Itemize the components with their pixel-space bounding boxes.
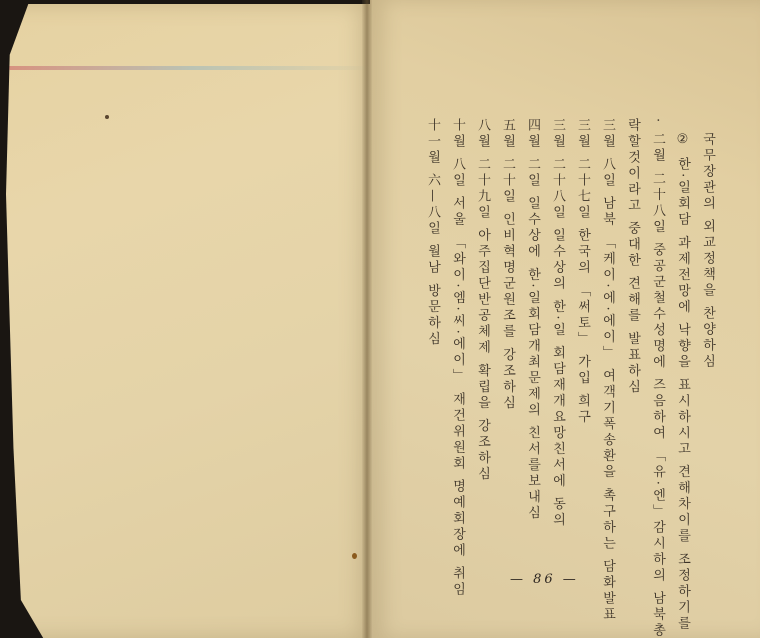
left-page-blank (6, 4, 378, 638)
text-line: 국무장관의 외교정책을 찬양하심 (695, 118, 720, 598)
text-line: 三월 八일 남북 「케이·에·에이」 여객기폭송환을 촉구하는 담화발표 (595, 118, 620, 598)
text-line: 四월 二일 일수상에 한·일회담개최문제의 친서를보내심 (520, 118, 545, 598)
text-line: 八월 二十九일 아주집단반공체제 확립을 강조하심 (470, 118, 495, 598)
text-line: 三월 二十八일 일수상의 한·일 회담재개요망친서에 동의 (545, 118, 570, 598)
text-line: ② 한·일회담 과제전망에 낙향을 표시하시고 견해차이를 조정하기를 희망하심 (670, 118, 695, 598)
page-number: — 86 — (510, 572, 579, 587)
text-line: 五월 二十일 인비혁명군원조를 강조하심 (495, 118, 520, 598)
text-line: · 二월 二十八일 중공군철수성명에 즈음하여 「유·엔」감시하의 남북총선거만… (645, 118, 670, 598)
text-line: 十월 八일 서울 「와이·엠·씨·에이」 재건위원회 명예회장에 취임 (445, 118, 470, 598)
text-line: 락할것이라고 중대한 견해를 발표하심 (620, 118, 645, 598)
paper-stain (352, 553, 357, 559)
text-line: 十一월 六—八일 월남 방문하심 (420, 118, 445, 598)
paper-stain (105, 115, 109, 119)
text-line: 三월 二十七일 한국의 「써토」 가입 희구 (570, 118, 595, 598)
book-gutter (362, 0, 372, 638)
book-spread: 국무장관의 외교정책을 찬양하심 ② 한·일회담 과제전망에 낙향을 표시하시고… (0, 0, 760, 638)
chronology-text: 국무장관의 외교정책을 찬양하심 ② 한·일회담 과제전망에 낙향을 표시하시고… (420, 118, 720, 598)
